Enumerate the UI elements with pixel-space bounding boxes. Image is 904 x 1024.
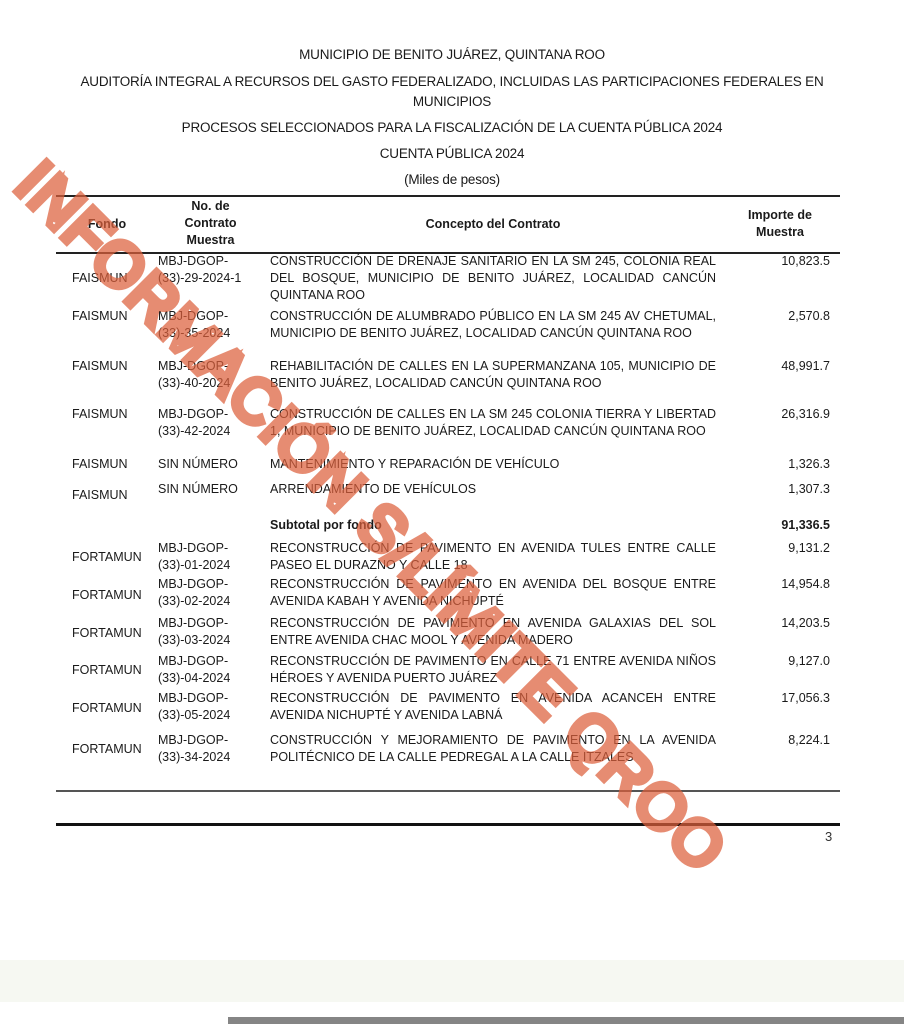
cell-numero: MBJ-DGOP-(33)-02-2024 (158, 576, 263, 610)
cell-fondo: FAISMUN (72, 358, 142, 375)
cell-concepto: CONSTRUCCIÓN DE CALLES EN LA SM 245 COLO… (270, 406, 716, 440)
cell-numero: SIN NÚMERO (158, 481, 263, 498)
col-header-importe: Importe de Muestra (730, 207, 830, 241)
cell-numero-line: (33)-34-2024 (158, 749, 263, 766)
col-header-numero-line: Muestra (158, 232, 263, 249)
cell-fondo: FORTAMUN (72, 700, 142, 717)
cell-numero: MBJ-DGOP-(33)-05-2024 (158, 690, 263, 724)
cell-numero: MBJ-DGOP-(33)-42-2024 (158, 406, 263, 440)
cell-concepto: RECONSTRUCCIÓN DE PAVIMENTO EN CALLE 71 … (270, 653, 716, 687)
table-bottom-rule (56, 790, 840, 792)
cell-numero-line: (33)-35-2024 (158, 325, 263, 342)
subtotal-label: Subtotal por fondo (270, 517, 716, 534)
cell-fondo: FAISMUN (72, 270, 142, 287)
cell-fondo: FAISMUN (72, 487, 142, 504)
col-header-concepto: Concepto del Contrato (270, 216, 716, 233)
cell-numero-line: SIN NÚMERO (158, 481, 263, 498)
cell-concepto: MANTENIMIENTO Y REPARACIÓN DE VEHÍCULO (270, 456, 716, 473)
header-units: (Miles de pesos) (0, 172, 904, 187)
cell-numero: SIN NÚMERO (158, 456, 263, 473)
cell-concepto: CONSTRUCCIÓN Y MEJORAMIENTO DE PAVIMENTO… (270, 732, 716, 766)
cell-fondo: FORTAMUN (72, 741, 142, 758)
cell-concepto: RECONSTRUCCIÓN DE PAVIMENTO EN AVENIDA D… (270, 576, 716, 610)
cell-importe: 9,131.2 (730, 540, 830, 557)
cell-numero-line: (33)-29-2024-1 (158, 270, 263, 287)
cell-concepto: RECONSTRUCCIÓN DE PAVIMENTO EN AVENIDA A… (270, 690, 716, 724)
cell-numero: MBJ-DGOP-(33)-29-2024-1 (158, 253, 263, 287)
cell-numero-line: MBJ-DGOP- (158, 358, 263, 375)
col-header-fondo: Fondo (72, 216, 142, 233)
cell-fondo: FORTAMUN (72, 662, 142, 679)
cell-concepto: ARRENDAMIENTO DE VEHÍCULOS (270, 481, 716, 498)
cell-importe: 14,203.5 (730, 615, 830, 632)
cell-concepto: RECONSTRUCCIÓN DE PAVIMENTO EN AVENIDA T… (270, 540, 716, 574)
footer-rule (56, 823, 840, 826)
cell-numero-line: (33)-03-2024 (158, 632, 263, 649)
cell-numero: MBJ-DGOP-(33)-03-2024 (158, 615, 263, 649)
cell-fondo: FORTAMUN (72, 587, 142, 604)
header-municipality: MUNICIPIO DE BENITO JUÁREZ, QUINTANA ROO (0, 47, 904, 62)
document-page: MUNICIPIO DE BENITO JUÁREZ, QUINTANA ROO… (0, 0, 904, 960)
cell-numero-line: (33)-01-2024 (158, 557, 263, 574)
cell-importe: 17,056.3 (730, 690, 830, 707)
cell-importe: 1,326.3 (730, 456, 830, 473)
cell-numero-line: (33)-40-2024 (158, 375, 263, 392)
cell-numero-line: MBJ-DGOP- (158, 308, 263, 325)
cell-concepto: CONSTRUCCIÓN DE ALUMBRADO PÚBLICO EN LA … (270, 308, 716, 342)
header-processes: PROCESOS SELECCIONADOS PARA LA FISCALIZA… (0, 120, 904, 135)
horizontal-scrollbar[interactable] (228, 1017, 904, 1024)
cell-importe: 8,224.1 (730, 732, 830, 749)
cell-concepto: RECONSTRUCCIÓN DE PAVIMENTO EN AVENIDA G… (270, 615, 716, 649)
cell-numero-line: MBJ-DGOP- (158, 653, 263, 670)
cell-fondo: FAISMUN (72, 406, 142, 423)
cell-importe: 9,127.0 (730, 653, 830, 670)
col-header-importe-line: Muestra (730, 224, 830, 241)
cell-numero-line: SIN NÚMERO (158, 456, 263, 473)
cell-numero: MBJ-DGOP-(33)-34-2024 (158, 732, 263, 766)
table-top-rule (56, 195, 840, 197)
cell-importe: 1,307.3 (730, 481, 830, 498)
cell-fondo: FAISMUN (72, 308, 142, 325)
cell-numero: MBJ-DGOP-(33)-40-2024 (158, 358, 263, 392)
cell-numero-line: (33)-42-2024 (158, 423, 263, 440)
subtotal-value: 91,336.5 (730, 517, 830, 534)
col-header-numero-line: No. de (158, 198, 263, 215)
header-audit-title: AUDITORÍA INTEGRAL A RECURSOS DEL GASTO … (52, 72, 852, 112)
cell-importe: 48,991.7 (730, 358, 830, 375)
cell-fondo: FORTAMUN (72, 549, 142, 566)
col-header-numero-line: Contrato (158, 215, 263, 232)
cell-importe: 26,316.9 (730, 406, 830, 423)
cell-numero-line: (33)-04-2024 (158, 670, 263, 687)
col-header-importe-line: Importe de (730, 207, 830, 224)
cell-concepto: REHABILITACIÓN DE CALLES EN LA SUPERMANZ… (270, 358, 716, 392)
cell-numero-line: MBJ-DGOP- (158, 540, 263, 557)
viewer-band (0, 960, 904, 1002)
cell-numero-line: MBJ-DGOP- (158, 406, 263, 423)
cell-numero-line: (33)-05-2024 (158, 707, 263, 724)
cell-numero-line: MBJ-DGOP- (158, 690, 263, 707)
cell-fondo: FAISMUN (72, 456, 142, 473)
cell-numero-line: MBJ-DGOP- (158, 732, 263, 749)
cell-numero-line: MBJ-DGOP- (158, 615, 263, 632)
cell-numero-line: MBJ-DGOP- (158, 253, 263, 270)
cell-fondo: FORTAMUN (72, 625, 142, 642)
cell-numero-line: MBJ-DGOP- (158, 576, 263, 593)
cell-importe: 14,954.8 (730, 576, 830, 593)
cell-importe: 10,823.5 (730, 253, 830, 270)
page-number: 3 (825, 829, 832, 844)
cell-numero: MBJ-DGOP-(33)-35-2024 (158, 308, 263, 342)
cell-importe: 2,570.8 (730, 308, 830, 325)
header-account: CUENTA PÚBLICA 2024 (0, 146, 904, 161)
cell-numero: MBJ-DGOP-(33)-01-2024 (158, 540, 263, 574)
cell-concepto: CONSTRUCCIÓN DE DRENAJE SANITARIO EN LA … (270, 253, 716, 304)
cell-numero-line: (33)-02-2024 (158, 593, 263, 610)
cell-numero: MBJ-DGOP-(33)-04-2024 (158, 653, 263, 687)
col-header-numero: No. de Contrato Muestra (158, 198, 263, 249)
